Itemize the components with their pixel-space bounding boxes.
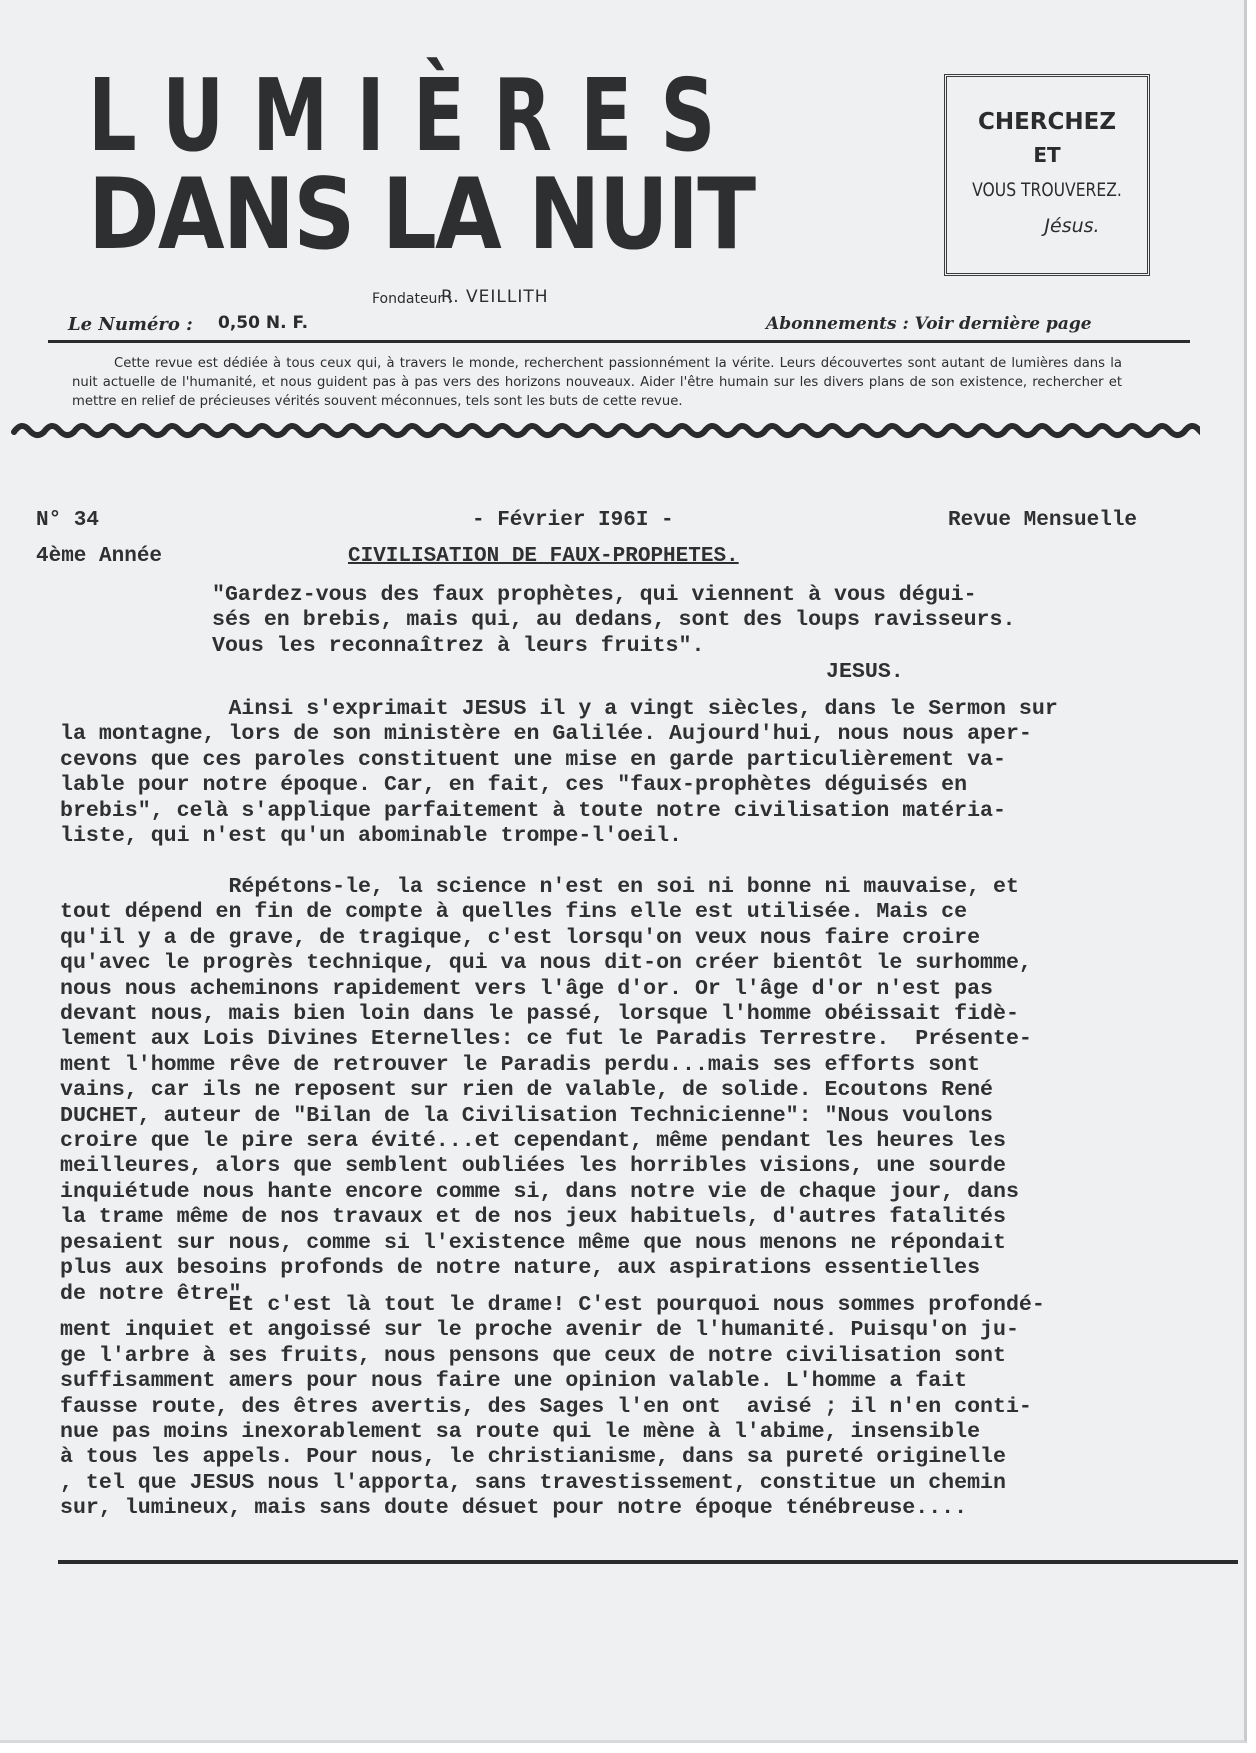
footer-rule <box>58 1560 1238 1564</box>
epigraph-quote: "Gardez-vous des faux prophètes, qui vie… <box>212 583 1212 659</box>
scanned-page: LUMIÈRES DANS LA NUIT CHERCHEZ ET VOUS T… <box>0 0 1247 1743</box>
article-paragraph: Ainsi s'exprimait JESUS il y a vingt siè… <box>60 697 1220 849</box>
article-paragraph: Répétons-le, la science n'est en soi ni … <box>60 875 1220 1307</box>
subscriptions-note: Abonnements : Voir dernière page <box>766 314 1092 334</box>
motto-attribution: Jésus. <box>947 215 1147 237</box>
masthead-title-line2: DANS LA NUIT <box>88 158 754 272</box>
motto-line3: VOUS TROUVEREZ. <box>965 179 1129 201</box>
issue-kind: Revue Mensuelle <box>948 509 1137 532</box>
dedication-text: Cette revue est dédiée à tous ceux qui, … <box>72 354 1122 411</box>
issue-date: - Février I96I - <box>472 509 674 532</box>
header-rule <box>48 340 1190 343</box>
epigraph-attribution: JESUS. <box>826 660 1256 685</box>
motto-line1: CHERCHEZ <box>947 109 1147 135</box>
wavy-divider <box>10 418 1200 442</box>
issue-year: 4ème Année <box>36 545 162 568</box>
price-label: Le Numéro : <box>68 314 193 335</box>
article-title: CIVILISATION DE FAUX-PROPHETES. <box>348 545 739 568</box>
issue-number: N° 34 <box>36 509 99 532</box>
motto-box: CHERCHEZ ET VOUS TROUVEREZ. Jésus. <box>944 74 1150 276</box>
motto-line2: ET <box>947 143 1147 167</box>
masthead-title-line1: LUMIÈRES <box>88 58 744 174</box>
price-value: 0,50 N. F. <box>218 313 308 333</box>
article-paragraph: Et c'est là tout le drame! C'est pourquo… <box>60 1293 1220 1522</box>
founder-name: R. VEILLITH <box>441 287 549 307</box>
